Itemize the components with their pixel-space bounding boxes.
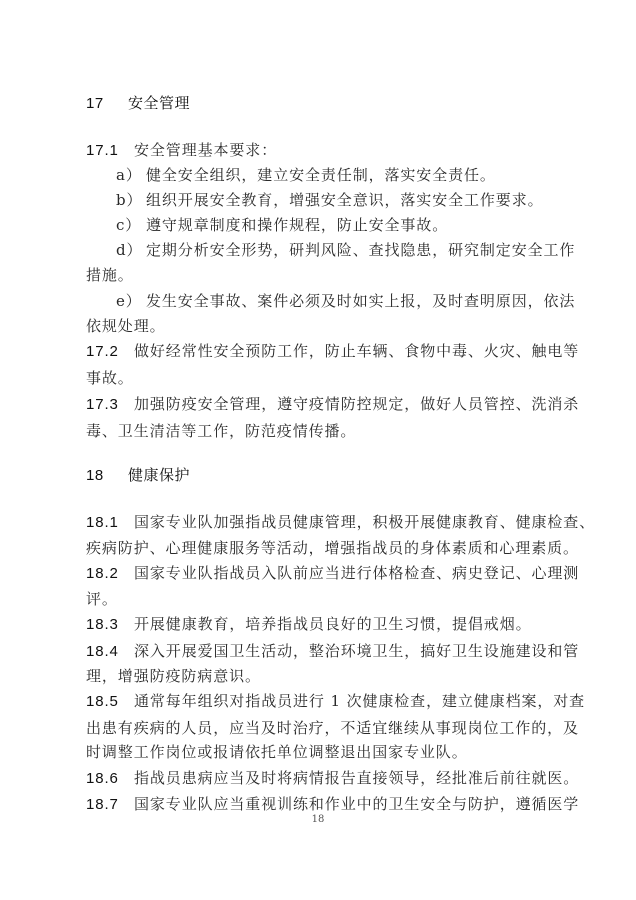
clause-number: 18.7	[86, 796, 134, 814]
clause-number: 17.2	[86, 343, 134, 361]
clause-18-7: 18.7国家专业队应当重视训练和作业中的卫生安全与防护，遵循医学	[86, 795, 552, 814]
list-text: 发生安全事故、案件必须及时如实上报，及时查明原因，依法	[146, 292, 575, 310]
clause-number: 18.3	[86, 616, 134, 634]
clause-17-1: 17.1安全管理基本要求：	[86, 141, 552, 160]
clause-text: 指战员患病应当及时将病情报告直接领导，经批准后前往就医。	[134, 769, 579, 787]
clause-number: 18.6	[86, 770, 134, 788]
list-item-d: d）定期分析安全形势，研判风险、查找隐患，研究制定安全工作	[86, 241, 582, 259]
list-label: c）	[116, 216, 146, 234]
clause-text: 安全管理基本要求：	[134, 141, 277, 159]
clause-17-3: 17.3加强防疫安全管理，遵守疫情防控规定，做好人员管控、洗消杀	[86, 395, 552, 414]
clause-number: 18.1	[86, 514, 134, 532]
list-label: e）	[116, 292, 146, 310]
clause-text: 国家专业队指战员入队前应当进行体格检查、病史登记、心理测	[134, 564, 579, 582]
clause-18-1: 18.1国家专业队加强指战员健康管理，积极开展健康教育、健康检查、	[86, 513, 552, 532]
list-item-e-continued: 依规处理。	[86, 317, 552, 335]
clause-18-3: 18.3开展健康教育，培养指战员良好的卫生习惯，提倡戒烟。	[86, 615, 552, 634]
section-heading-18: 18健康保护	[86, 466, 552, 485]
clause-18-6: 18.6指战员患病应当及时将病情报告直接领导，经批准后前往就医。	[86, 769, 552, 788]
clause-number: 18.4	[86, 643, 134, 661]
clause-18-5-continued-2: 时调整工作岗位或报请依托单位调整退出国家专业队。	[86, 743, 552, 761]
list-item-c: c）遵守规章制度和操作规程，防止安全事故。	[86, 216, 582, 234]
clause-18-5: 18.5通常每年组织对指战员进行 1 次健康检查，建立健康档案，对查	[86, 692, 552, 711]
clause-text: 国家专业队加强指战员健康管理，积极开展健康教育、健康检查、	[134, 513, 595, 531]
clause-18-2: 18.2国家专业队指战员入队前应当进行体格检查、病史登记、心理测	[86, 564, 552, 583]
section-number: 17	[86, 95, 128, 113]
section-title: 安全管理	[128, 94, 190, 112]
page-number: 18	[0, 814, 636, 825]
clause-number: 17.3	[86, 396, 134, 414]
list-item-b: b）组织开展安全教育，增强安全意识，落实安全工作要求。	[86, 191, 582, 209]
list-text: 遵守规章制度和操作规程，防止安全事故。	[146, 216, 448, 234]
section-number: 18	[86, 467, 128, 485]
clause-17-3-continued: 毒、卫生清洁等工作，防范疫情传播。	[86, 422, 552, 440]
clause-text: 加强防疫安全管理，遵守疫情防控规定，做好人员管控、洗消杀	[134, 395, 579, 413]
clause-text: 国家专业队应当重视训练和作业中的卫生安全与防护，遵循医学	[134, 795, 579, 813]
list-label: a）	[116, 166, 146, 184]
section-title: 健康保护	[128, 466, 190, 484]
list-text: 健全安全组织，建立安全责任制，落实安全责任。	[146, 166, 496, 184]
clause-17-2-continued: 事故。	[86, 369, 552, 387]
clause-18-5-continued-1: 出患有疾病的人员，应当及时治疗，不适宜继续从事现岗位工作的，及	[86, 719, 552, 737]
list-item-a: a）健全安全组织，建立安全责任制，落实安全责任。	[86, 166, 582, 184]
clause-18-1-continued: 疾病防护、心理健康服务等活动，增强指战员的身体素质和心理素质。	[86, 539, 552, 557]
clause-18-2-continued: 评。	[86, 590, 552, 608]
clause-text: 深入开展爱国卫生活动，整治环境卫生，搞好卫生设施建设和管	[134, 642, 579, 660]
clause-number: 17.1	[86, 142, 134, 160]
clause-text: 通常每年组织对指战员进行 1 次健康检查，建立健康档案，对查	[134, 692, 585, 710]
clause-number: 18.2	[86, 565, 134, 583]
list-text: 组织开展安全教育，增强安全意识，落实安全工作要求。	[146, 191, 544, 209]
clause-number: 18.5	[86, 693, 134, 711]
list-label: d）	[116, 241, 146, 259]
list-label: b）	[116, 191, 146, 209]
list-item-e: e）发生安全事故、案件必须及时如实上报，及时查明原因，依法	[86, 292, 582, 310]
list-text: 定期分析安全形势，研判风险、查找隐患，研究制定安全工作	[146, 241, 575, 259]
clause-18-4-continued: 理，增强防疫防病意识。	[86, 667, 552, 685]
section-heading-17: 17安全管理	[86, 94, 552, 113]
clause-text: 开展健康教育，培养指战员良好的卫生习惯，提倡戒烟。	[134, 615, 532, 633]
list-item-d-continued: 措施。	[86, 266, 552, 284]
clause-17-2: 17.2做好经常性安全预防工作，防止车辆、食物中毒、火灾、触电等	[86, 342, 552, 361]
clause-text: 做好经常性安全预防工作，防止车辆、食物中毒、火灾、触电等	[134, 342, 579, 360]
clause-18-4: 18.4深入开展爱国卫生活动，整治环境卫生，搞好卫生设施建设和管	[86, 642, 552, 661]
document-page: 17安全管理 17.1安全管理基本要求： a）健全安全组织，建立安全责任制，落实…	[0, 0, 636, 900]
